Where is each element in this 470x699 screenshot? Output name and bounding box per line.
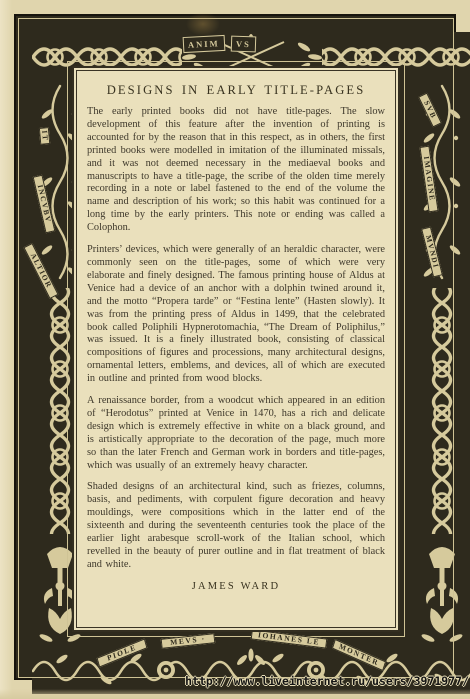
paragraph-4: Shaded designs of an architectural kind,… <box>87 481 385 571</box>
paragraph-3: A renaissance border, from a woodcut whi… <box>87 395 385 472</box>
panel-inner-rule: DESIGNS IN EARLY TITLE-PAGES The early p… <box>76 70 396 628</box>
scan-edge <box>0 0 12 699</box>
text-panel: DESIGNS IN EARLY TITLE-PAGES The early p… <box>72 66 400 632</box>
paper-stain <box>186 12 220 36</box>
paragraph-2: Printers’ devices, which were generally … <box>87 244 385 386</box>
author-signature: JAMES WARD <box>87 581 385 592</box>
top-banner-anim: ANIM <box>183 35 225 53</box>
scan-edge <box>0 689 470 699</box>
paragraph-1: The early printed books did not have tit… <box>87 106 385 235</box>
watermark-url: http://www.liveinternet.ru/users/3971977… <box>185 674 469 688</box>
page-title: DESIGNS IN EARLY TITLE-PAGES <box>87 83 385 98</box>
left-ribbon-it: IT <box>39 127 50 145</box>
flower-rosette-icon <box>157 661 175 679</box>
panel-content: DESIGNS IN EARLY TITLE-PAGES The early p… <box>78 72 394 626</box>
top-banner-vs: VS <box>231 36 256 53</box>
